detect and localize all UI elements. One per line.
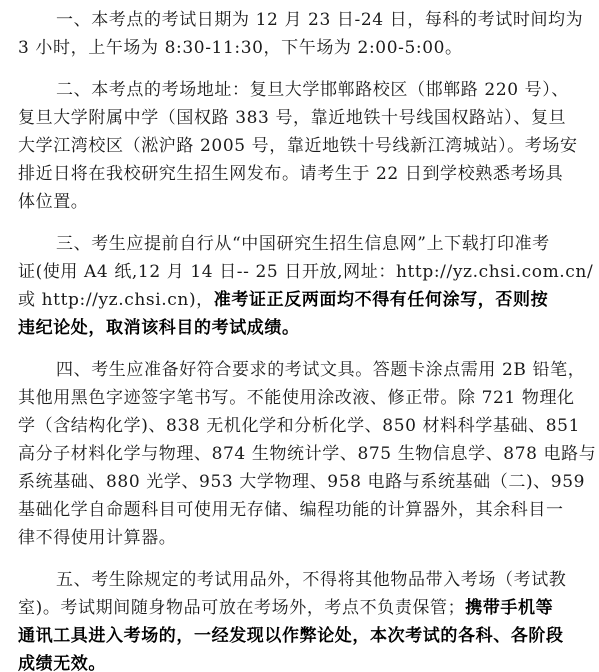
- body-text: 复旦大学附属中学（国权路 383 号，靠近地铁十号线国权路站）、复旦: [18, 108, 566, 128]
- body-text: 体位置。: [18, 192, 88, 212]
- body-text: 3 小时，上午场为 8:30-11:30，下午场为 2:00-5:00。: [18, 38, 463, 58]
- paragraph-p1: 一、本考点的考试日期为 12 月 23 日-24 日，每科的考试时间均为3 小时…: [18, 6, 578, 62]
- bold-warning-text: 准考证正反两面均不得有任何涂写，否则按: [214, 290, 548, 310]
- text-line: 大学江湾校区（淞沪路 2005 号，靠近地铁十号线新江湾城站）。考场安: [18, 132, 578, 160]
- text-line: 高分子材料化学与物理、874 生物统计学、875 生物信息学、878 电路与: [18, 440, 578, 468]
- text-line: 学（含结构化学)、838 无机化学和分析化学、850 材料科学基础、851: [18, 412, 578, 440]
- text-line: 系统基础、880 光学、953 大学物理、958 电路与系统基础（二)、959: [18, 468, 578, 496]
- body-text: 证(使用 A4 纸,12 月 14 日-- 25 日开放,网址：http://y…: [18, 262, 593, 282]
- bold-warning-text: 违纪论处，取消该科目的考试成绩。: [18, 318, 300, 338]
- body-text: 四、考生应准备好符合要求的考试文具。答题卡涂点需用 2B 铅笔，: [56, 360, 585, 380]
- body-text: 一、本考点的考试日期为 12 月 23 日-24 日，每科的考试时间均为: [56, 10, 583, 30]
- body-text: 高分子材料化学与物理、874 生物统计学、875 生物信息学、878 电路与: [18, 444, 596, 464]
- paragraph-p2: 二、本考点的考场地址：复旦大学邯郸路校区（邯郸路 220 号）、复旦大学附属中学…: [18, 76, 578, 216]
- body-text: 大学江湾校区（淞沪路 2005 号，靠近地铁十号线新江湾城站）。考场安: [18, 136, 578, 156]
- text-line: 复旦大学附属中学（国权路 383 号，靠近地铁十号线国权路站）、复旦: [18, 104, 578, 132]
- bold-warning-text: 携带手机等: [465, 598, 553, 618]
- bold-warning-text: 通讯工具进入考场的，一经发现以作弊论处，本次考试的各科、各阶段: [18, 626, 564, 646]
- text-line: 其他用黑色字迹签字笔书写。不能使用涂改液、修正带。除 721 物理化: [18, 384, 578, 412]
- text-line: 3 小时，上午场为 8:30-11:30，下午场为 2:00-5:00。: [18, 34, 578, 62]
- body-text: 三、考生应提前自行从“中国研究生招生信息网”上下载打印准考: [56, 234, 550, 254]
- text-line: 室)。考试期间随身物品可放在考场外，考点不负责保管；携带手机等: [18, 594, 578, 622]
- document-body: 一、本考点的考试日期为 12 月 23 日-24 日，每科的考试时间均为3 小时…: [0, 0, 578, 672]
- body-text: 系统基础、880 光学、953 大学物理、958 电路与系统基础（二)、959: [18, 472, 585, 492]
- body-text: 五、考生除规定的考试用品外，不得将其他物品带入考场（考试教: [56, 570, 566, 590]
- body-text: 其他用黑色字迹签字笔书写。不能使用涂改液、修正带。除 721 物理化: [18, 388, 575, 408]
- body-text: 排近日将在我校研究生招生网发布。请考生于 22 日到学校熟悉考场具: [18, 164, 563, 184]
- body-text: 或 http://yz.chsi.cn)，: [18, 290, 214, 310]
- text-line: 四、考生应准备好符合要求的考试文具。答题卡涂点需用 2B 铅笔，: [18, 356, 578, 384]
- body-text: 律不得使用计算器。: [18, 528, 176, 548]
- text-line: 五、考生除规定的考试用品外，不得将其他物品带入考场（考试教: [18, 566, 578, 594]
- body-text: 室)。考试期间随身物品可放在考场外，考点不负责保管；: [18, 598, 465, 618]
- text-line: 违纪论处，取消该科目的考试成绩。: [18, 314, 578, 342]
- paragraph-p3: 三、考生应提前自行从“中国研究生招生信息网”上下载打印准考证(使用 A4 纸,1…: [18, 230, 578, 342]
- paragraph-p4: 四、考生应准备好符合要求的考试文具。答题卡涂点需用 2B 铅笔，其他用黑色字迹签…: [18, 356, 578, 552]
- body-text: 二、本考点的考场地址：复旦大学邯郸路校区（邯郸路 220 号）、: [56, 80, 569, 100]
- text-line: 或 http://yz.chsi.cn)，准考证正反两面均不得有任何涂写，否则按: [18, 286, 578, 314]
- text-line: 二、本考点的考场地址：复旦大学邯郸路校区（邯郸路 220 号）、: [18, 76, 578, 104]
- text-line: 律不得使用计算器。: [18, 524, 578, 552]
- text-line: 体位置。: [18, 188, 578, 216]
- text-line: 排近日将在我校研究生招生网发布。请考生于 22 日到学校熟悉考场具: [18, 160, 578, 188]
- body-text: 学（含结构化学)、838 无机化学和分析化学、850 材料科学基础、851: [18, 416, 580, 436]
- text-line: 一、本考点的考试日期为 12 月 23 日-24 日，每科的考试时间均为: [18, 6, 578, 34]
- paragraph-p5: 五、考生除规定的考试用品外，不得将其他物品带入考场（考试教室)。考试期间随身物品…: [18, 566, 578, 672]
- text-line: 通讯工具进入考场的，一经发现以作弊论处，本次考试的各科、各阶段: [18, 622, 578, 650]
- bold-warning-text: 成绩无效。: [18, 654, 106, 672]
- text-line: 成绩无效。: [18, 650, 578, 672]
- body-text: 基础化学自命题科目可使用无存储、编程功能的计算器外，其余科目一: [18, 500, 564, 520]
- text-line: 基础化学自命题科目可使用无存储、编程功能的计算器外，其余科目一: [18, 496, 578, 524]
- text-line: 证(使用 A4 纸,12 月 14 日-- 25 日开放,网址：http://y…: [18, 258, 578, 286]
- text-line: 三、考生应提前自行从“中国研究生招生信息网”上下载打印准考: [18, 230, 578, 258]
